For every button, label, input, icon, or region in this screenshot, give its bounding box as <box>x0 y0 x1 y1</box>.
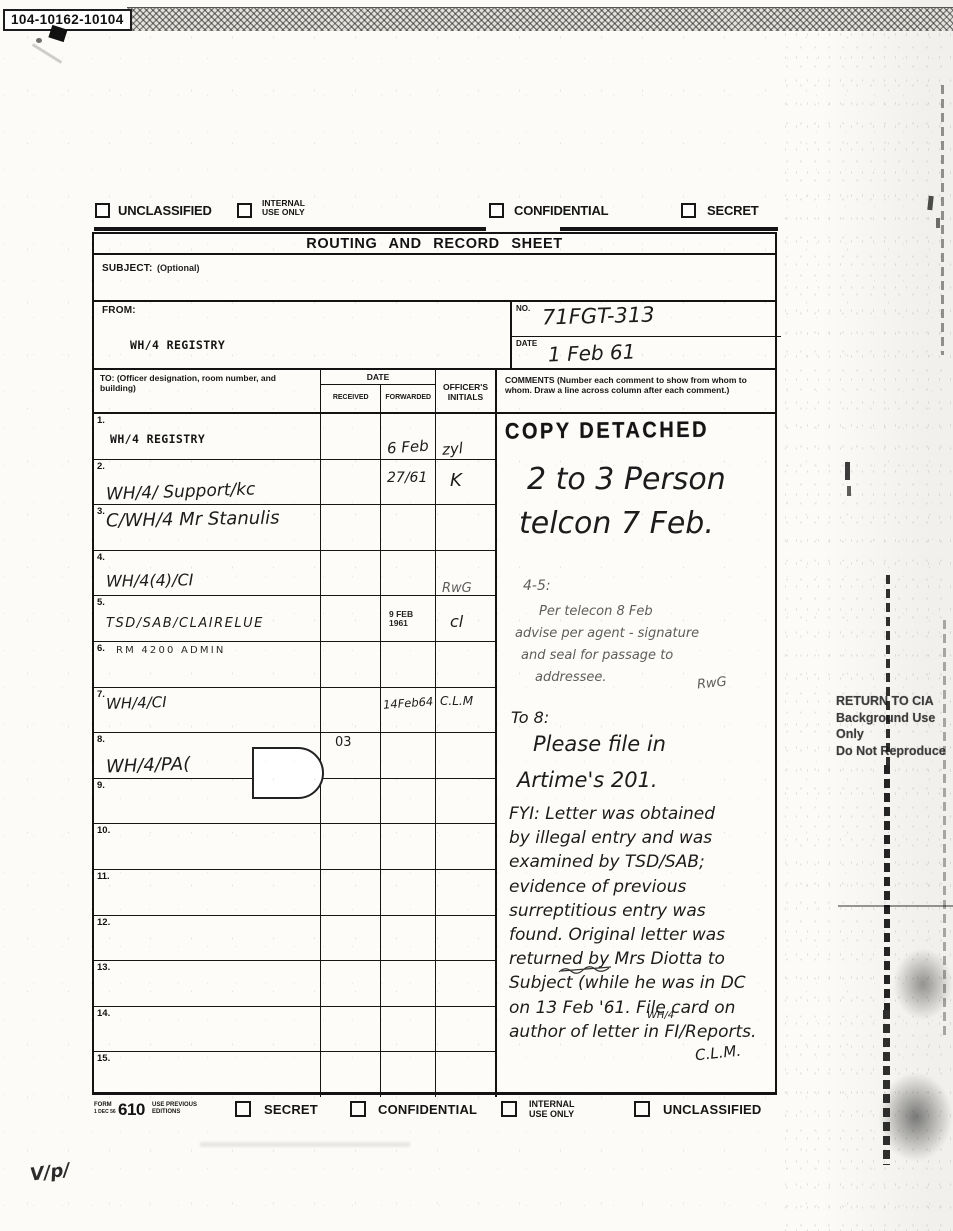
label-internal-top-line2: USE ONLY <box>262 208 305 217</box>
table-row: 6.RM 4200 ADMIN <box>94 641 495 687</box>
row-number: 10. <box>97 825 110 836</box>
checkbox-icon <box>501 1101 517 1117</box>
row-number: 1. <box>97 415 105 426</box>
use-previous-line1: USE PREVIOUS <box>152 1102 197 1109</box>
no-value-handwritten: 71FGT-313 <box>542 303 655 330</box>
copy-detached-stamp: COPY DETACHED <box>505 418 709 446</box>
divider-line-right <box>560 227 778 231</box>
table-row: 11. <box>94 869 495 915</box>
row-forwarded-datestamp: 9 FEB 1961 <box>389 610 427 628</box>
col-header-date: DATE <box>321 370 435 385</box>
comments-column: COPY DETACHED 2 to 3 Person telcon 7 Feb… <box>495 414 779 1097</box>
form-number: 610 <box>118 1100 145 1120</box>
table-row: 14. <box>94 1006 495 1052</box>
row-to: WH/4/ Support/kc <box>106 479 256 504</box>
use-previous-line2: EDITIONS <box>152 1109 197 1116</box>
scan-artifact-vline <box>884 765 890 1010</box>
table-row: 13. <box>94 960 495 1006</box>
no-cell: NO. 71FGT-313 <box>512 302 781 336</box>
table-row: 12. <box>94 915 495 961</box>
row-to: WH/4/CI <box>106 693 167 713</box>
comment-note-line: advise per agent - signature <box>515 626 699 641</box>
checkbox-secret-bottom <box>235 1101 251 1122</box>
checkbox-confidential-top <box>489 203 504 223</box>
row-initials: zyl <box>441 439 463 459</box>
comment-note-line: evidence of previous <box>509 875 756 899</box>
scan-artifact-dot <box>36 38 42 43</box>
comment-note-line: author of letter in FI/Reports. <box>509 1020 756 1044</box>
col-header-initials: OFFICER'S INITIALS <box>435 370 495 412</box>
row-number: 13. <box>97 962 110 973</box>
row-to: WH/4(4)/CI <box>106 570 194 591</box>
scan-artifact-mark <box>927 196 933 210</box>
row-number: 12. <box>97 917 110 928</box>
comment-note-line: To 8: <box>511 708 549 727</box>
row-number: 3. <box>97 506 105 517</box>
redaction-box <box>252 747 324 799</box>
subject-row: SUBJECT: (Optional) <box>94 255 775 302</box>
no-label: NO. <box>516 304 530 313</box>
row-initials: cl <box>450 612 463 631</box>
table-row: 3.C/WH/4 Mr Stanulis <box>94 504 495 550</box>
row-forwarded: 27/61 <box>387 470 427 486</box>
comment-note-line: and seal for passage to <box>521 648 673 663</box>
scan-artifact-hline <box>838 905 953 907</box>
from-value: WH/4 REGISTRY <box>130 338 225 352</box>
checkbox-icon <box>489 203 504 218</box>
comment-note-line: by illegal entry and was <box>509 826 756 850</box>
row-forwarded: 6 Feb <box>386 437 429 458</box>
col-header-initials-line2: INITIALS <box>436 392 495 402</box>
row-forwarded: 14Feb64 <box>383 694 434 711</box>
row-number: 5. <box>97 597 105 608</box>
label-secret-bottom: SECRET <box>264 1102 318 1117</box>
date-label: DATE <box>516 339 537 348</box>
subject-optional-label: (Optional) <box>157 263 200 273</box>
inserted-word-scribble <box>557 964 617 976</box>
form-title: ROUTING AND RECORD SHEET <box>94 234 775 255</box>
comment-inserted-word: WH/4 <box>647 1010 674 1021</box>
row-to: TSD/SAB/CLAIRELUE <box>106 616 264 631</box>
row-initials: K <box>450 470 462 491</box>
handwritten-initials-mark: V/p/ <box>29 1159 72 1185</box>
comment-note-line: 4-5: <box>523 578 551 594</box>
from-row: FROM: WH/4 REGISTRY NO. 71FGT-313 DATE 1… <box>94 302 775 370</box>
row-number: 15. <box>97 1053 110 1064</box>
row-number: 9. <box>97 780 105 791</box>
table-row: 1.WH/4 REGISTRY 6 Feb zyl <box>94 414 495 459</box>
return-to-cia-line1: RETURN TO CIA <box>836 693 953 710</box>
checkbox-icon <box>681 203 696 218</box>
checkbox-internal-top <box>237 203 252 223</box>
scan-artifact-vline <box>886 575 890 765</box>
comment-note-line: on 13 Feb '61. File card on <box>509 996 756 1020</box>
col-header-initials-line1: OFFICER'S <box>436 382 495 392</box>
return-to-cia-line2: Background Use Only <box>836 710 953 743</box>
row-number: 11. <box>97 871 110 882</box>
divider-line-left <box>94 227 486 231</box>
checkbox-icon <box>350 1101 366 1117</box>
col-header-to: TO: (Officer designation, room number, a… <box>94 370 320 412</box>
table-row: 10. <box>94 823 495 869</box>
comment-note-line: Artime's 201. <box>517 768 658 792</box>
row-number: 8. <box>97 734 105 745</box>
comment-note-line: surreptitious entry was <box>509 899 756 923</box>
checkbox-unclassified-top <box>95 203 110 223</box>
row-number: 14. <box>97 1008 110 1019</box>
row-received: 03 <box>335 735 352 750</box>
table-row: 7.WH/4/CI 14Feb64 C.L.M <box>94 687 495 733</box>
comment-note-line: Subject (while he was in DC <box>509 971 756 995</box>
scan-artifact-smudge <box>893 948 953 1020</box>
comment-fyi-note: FYI: Letter was obtained by illegal entr… <box>509 802 756 1044</box>
col-header-forwarded: FORWARDED <box>380 385 435 413</box>
scan-artifact-smear <box>200 1142 410 1147</box>
date-cell: DATE 1 Feb 61 <box>512 336 781 370</box>
date-value-handwritten: 1 Feb 61 <box>548 339 636 366</box>
from-label: FROM: <box>102 305 136 316</box>
col-header-received: RECEIVED <box>321 385 380 413</box>
comment-note-line: examined by TSD/SAB; <box>509 850 756 874</box>
comment-note-line: telcon 7 Feb. <box>519 506 714 541</box>
row-number: 7. <box>97 689 105 700</box>
comment-note-line: Per telecon 8 Feb <box>539 604 653 619</box>
label-unclassified-top: UNCLASSIFIED <box>118 203 212 218</box>
row-number: 6. <box>97 643 105 654</box>
row-to: WH/4/PA( <box>106 754 191 778</box>
comment-note-line: addressee. <box>535 670 607 685</box>
row-initials: C.L.M <box>440 694 473 708</box>
table-row: 15. <box>94 1051 495 1097</box>
comment-note-line: FYI: Letter was obtained <box>509 802 756 826</box>
col-header-date-group: DATE RECEIVED FORWARDED <box>320 370 435 412</box>
col-header-comments: COMMENTS (Number each comment to show fr… <box>495 370 779 412</box>
comment-fyi-signature: C.L.M. <box>694 1042 742 1065</box>
comment-note-line: returned by Mrs Diotta to <box>509 947 756 971</box>
checkbox-internal-bottom <box>501 1101 517 1122</box>
no-date-box: NO. 71FGT-313 DATE 1 Feb 61 <box>510 302 779 370</box>
form-date: 1 DEC 56 <box>94 1109 116 1116</box>
form-number-block: FORM 1 DEC 56 <box>94 1102 116 1115</box>
table-row: 5.TSD/SAB/CLAIRELUE 9 FEB 1961 cl <box>94 595 495 641</box>
scan-noise-overlay-right <box>780 0 953 1231</box>
row-to: WH/4 REGISTRY <box>110 432 205 446</box>
row-number: 4. <box>97 552 105 563</box>
scan-artifact-smudge <box>878 1072 953 1162</box>
label-internal-bottom-line2: USE ONLY <box>529 1110 575 1120</box>
comment-note-line: found. Original letter was <box>509 923 756 947</box>
routing-record-sheet-table: ROUTING AND RECORD SHEET SUBJECT: (Optio… <box>92 232 777 1095</box>
row-to: C/WH/4 Mr Stanulis <box>106 508 280 532</box>
use-previous-editions: USE PREVIOUS EDITIONS <box>152 1102 197 1115</box>
checkbox-icon <box>634 1101 650 1117</box>
return-to-cia-line3: Do Not Reproduce <box>836 743 953 760</box>
checkbox-unclassified-bottom <box>634 1101 650 1122</box>
comment-note-line: Please file in <box>533 732 666 756</box>
label-confidential-bottom: CONFIDENTIAL <box>378 1102 477 1117</box>
label-unclassified-bottom: UNCLASSIFIED <box>663 1102 761 1117</box>
return-to-cia-stamp: RETURN TO CIA Background Use Only Do Not… <box>836 693 953 759</box>
comment-note-signature: RwG <box>696 674 727 692</box>
scan-artifact-pencil-line <box>32 43 62 64</box>
table-row: 2.WH/4/ Support/kc 27/61 K <box>94 459 495 505</box>
scan-hatch-band <box>127 7 953 31</box>
row-number: 2. <box>97 461 105 472</box>
document-id-stamp: 104-10162-10104 <box>3 9 132 31</box>
subject-label: SUBJECT: <box>102 263 153 274</box>
column-header-row: TO: (Officer designation, room number, a… <box>94 370 775 414</box>
checkbox-icon <box>235 1101 251 1117</box>
checkbox-secret-top <box>681 203 696 223</box>
scan-artifact-mark <box>847 486 851 496</box>
label-confidential-top: CONFIDENTIAL <box>514 203 608 218</box>
scan-artifact-vline <box>941 85 944 355</box>
comment-note-line: 2 to 3 Person <box>527 462 726 497</box>
table-row: 4.WH/4(4)/CI RwG <box>94 550 495 596</box>
checkbox-icon <box>95 203 110 218</box>
checkbox-icon <box>237 203 252 218</box>
scan-artifact-mark <box>936 218 940 228</box>
checkbox-confidential-bottom <box>350 1101 366 1122</box>
scan-artifact-mark <box>845 462 850 480</box>
row-to: RM 4200 ADMIN <box>116 645 226 656</box>
scanned-document-page: 104-10162-10104 UNCLASSIFIED INTERNAL US… <box>0 0 953 1231</box>
row-initials: RwG <box>442 581 472 596</box>
label-secret-top: SECRET <box>707 203 759 218</box>
